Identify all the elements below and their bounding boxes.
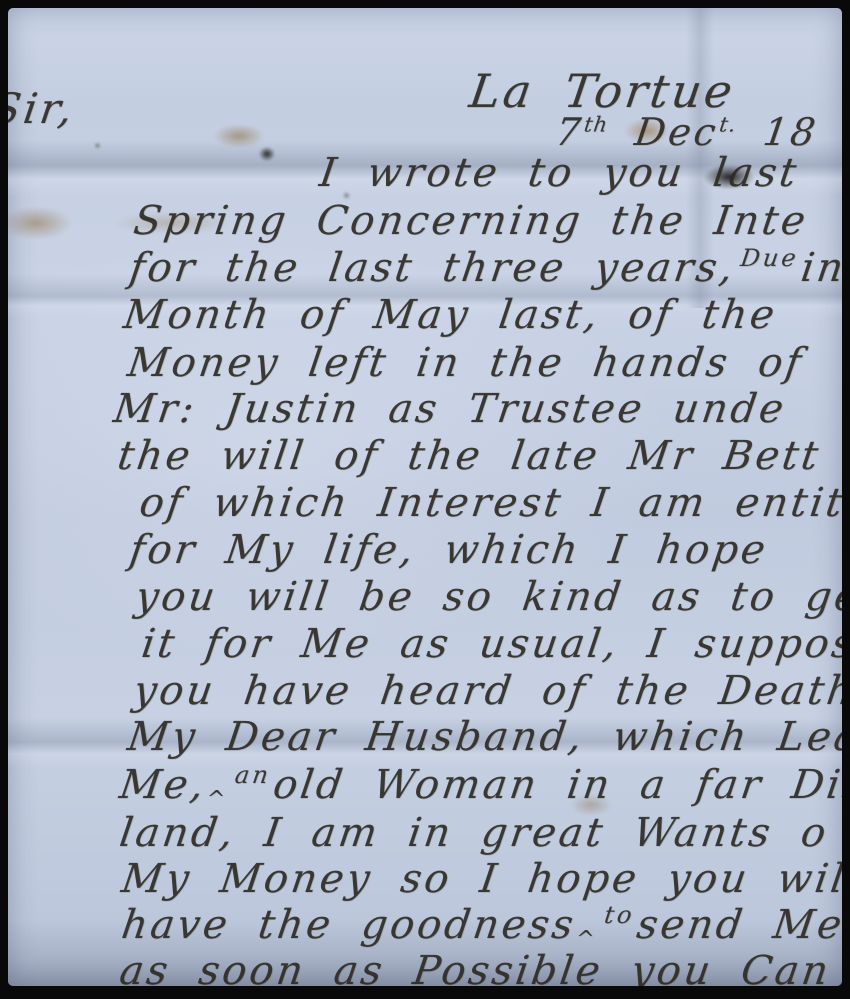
- letter-line: of which Interest I am entitl: [137, 480, 842, 526]
- paper-tear-mark: [258, 146, 276, 162]
- inserted-word: an: [233, 761, 273, 789]
- inserted-word: Due: [739, 244, 801, 272]
- letter-line: Spring Concerning the Inte: [131, 198, 811, 244]
- paper-speck: [94, 142, 101, 149]
- line-text: Month of May last, of the: [121, 292, 780, 338]
- letter-line: you will be so kind as to ge: [133, 574, 842, 620]
- letter-paper: Sir, La Tortue 7th Dect. 18 I wrote to y…: [8, 8, 842, 986]
- line-text: My Money so I hope you will: [119, 856, 842, 902]
- inserted-word: to: [603, 901, 637, 929]
- line-text: land, I am in great Wants o: [117, 810, 832, 856]
- letter-date: 7th Dect. 18: [553, 110, 821, 154]
- salutation-text: Sir,: [8, 84, 78, 133]
- line-text: you have heard of the Death o: [131, 668, 842, 714]
- line-text: in th: [798, 245, 842, 291]
- letter-line: Month of May last, of the: [121, 292, 780, 338]
- line-text: send Me it: [634, 902, 842, 948]
- line-text: it for Me as usual, I suppos: [139, 621, 842, 667]
- letter-line: it for Me as usual, I suppos: [139, 621, 842, 667]
- line-text: Mr: Justin as Trustee unde: [111, 386, 790, 432]
- date-month: Dec: [632, 110, 721, 154]
- line-text: you will be so kind as to ge: [133, 574, 842, 620]
- line-text: My Dear Husband, which Lea: [125, 714, 842, 760]
- letter-line: for My life, which I hope: [127, 527, 771, 573]
- date-day: 7: [553, 110, 586, 154]
- letter-line: land, I am in great Wants o: [117, 810, 832, 856]
- paper-stain: [213, 124, 265, 148]
- date-year: 18: [760, 110, 821, 154]
- line-text: Money left in the hands of: [125, 340, 807, 386]
- letter-line: the will of the late Mr Bett: [115, 433, 824, 479]
- photo-frame: Sir, La Tortue 7th Dect. 18 I wrote to y…: [0, 0, 850, 999]
- letter-line: Me,^anold Woman in a far Dist: [117, 762, 842, 808]
- letter-line: Mr: Justin as Trustee unde: [111, 386, 790, 432]
- line-text: of which Interest I am entitl: [137, 480, 842, 526]
- line-text: for the last three years,: [127, 245, 739, 291]
- line-text: I wrote to you last: [317, 150, 802, 196]
- letter-line: My Dear Husband, which Lea: [125, 714, 842, 760]
- line-text: have the goodness: [119, 902, 579, 948]
- paper-stain: [8, 206, 72, 240]
- letter-line: as soon as Possible you Can: [117, 948, 834, 986]
- line-text: for My life, which I hope: [127, 527, 771, 573]
- date-month-suffix: t.: [718, 112, 738, 136]
- line-text: Spring Concerning the Inte: [131, 198, 811, 244]
- letter-line: I wrote to you last: [317, 150, 802, 196]
- date-day-suffix: th: [583, 112, 610, 136]
- insertion-caret: ^: [205, 787, 230, 812]
- letter-line: you have heard of the Death o: [131, 668, 842, 714]
- letter-line: have the goodness^tosend Me it: [119, 902, 842, 948]
- line-text: the will of the late Mr Bett: [115, 433, 824, 479]
- letter-line: Money left in the hands of: [125, 340, 807, 386]
- letter-line: for the last three years,Duein th: [127, 245, 842, 291]
- letter-salutation: Sir,: [8, 84, 78, 133]
- letter-line: My Money so I hope you will: [119, 856, 842, 902]
- line-text: as soon as Possible you Can: [117, 948, 834, 986]
- line-text: Me,: [117, 762, 210, 808]
- line-text: old Woman in a far Dist: [270, 762, 842, 808]
